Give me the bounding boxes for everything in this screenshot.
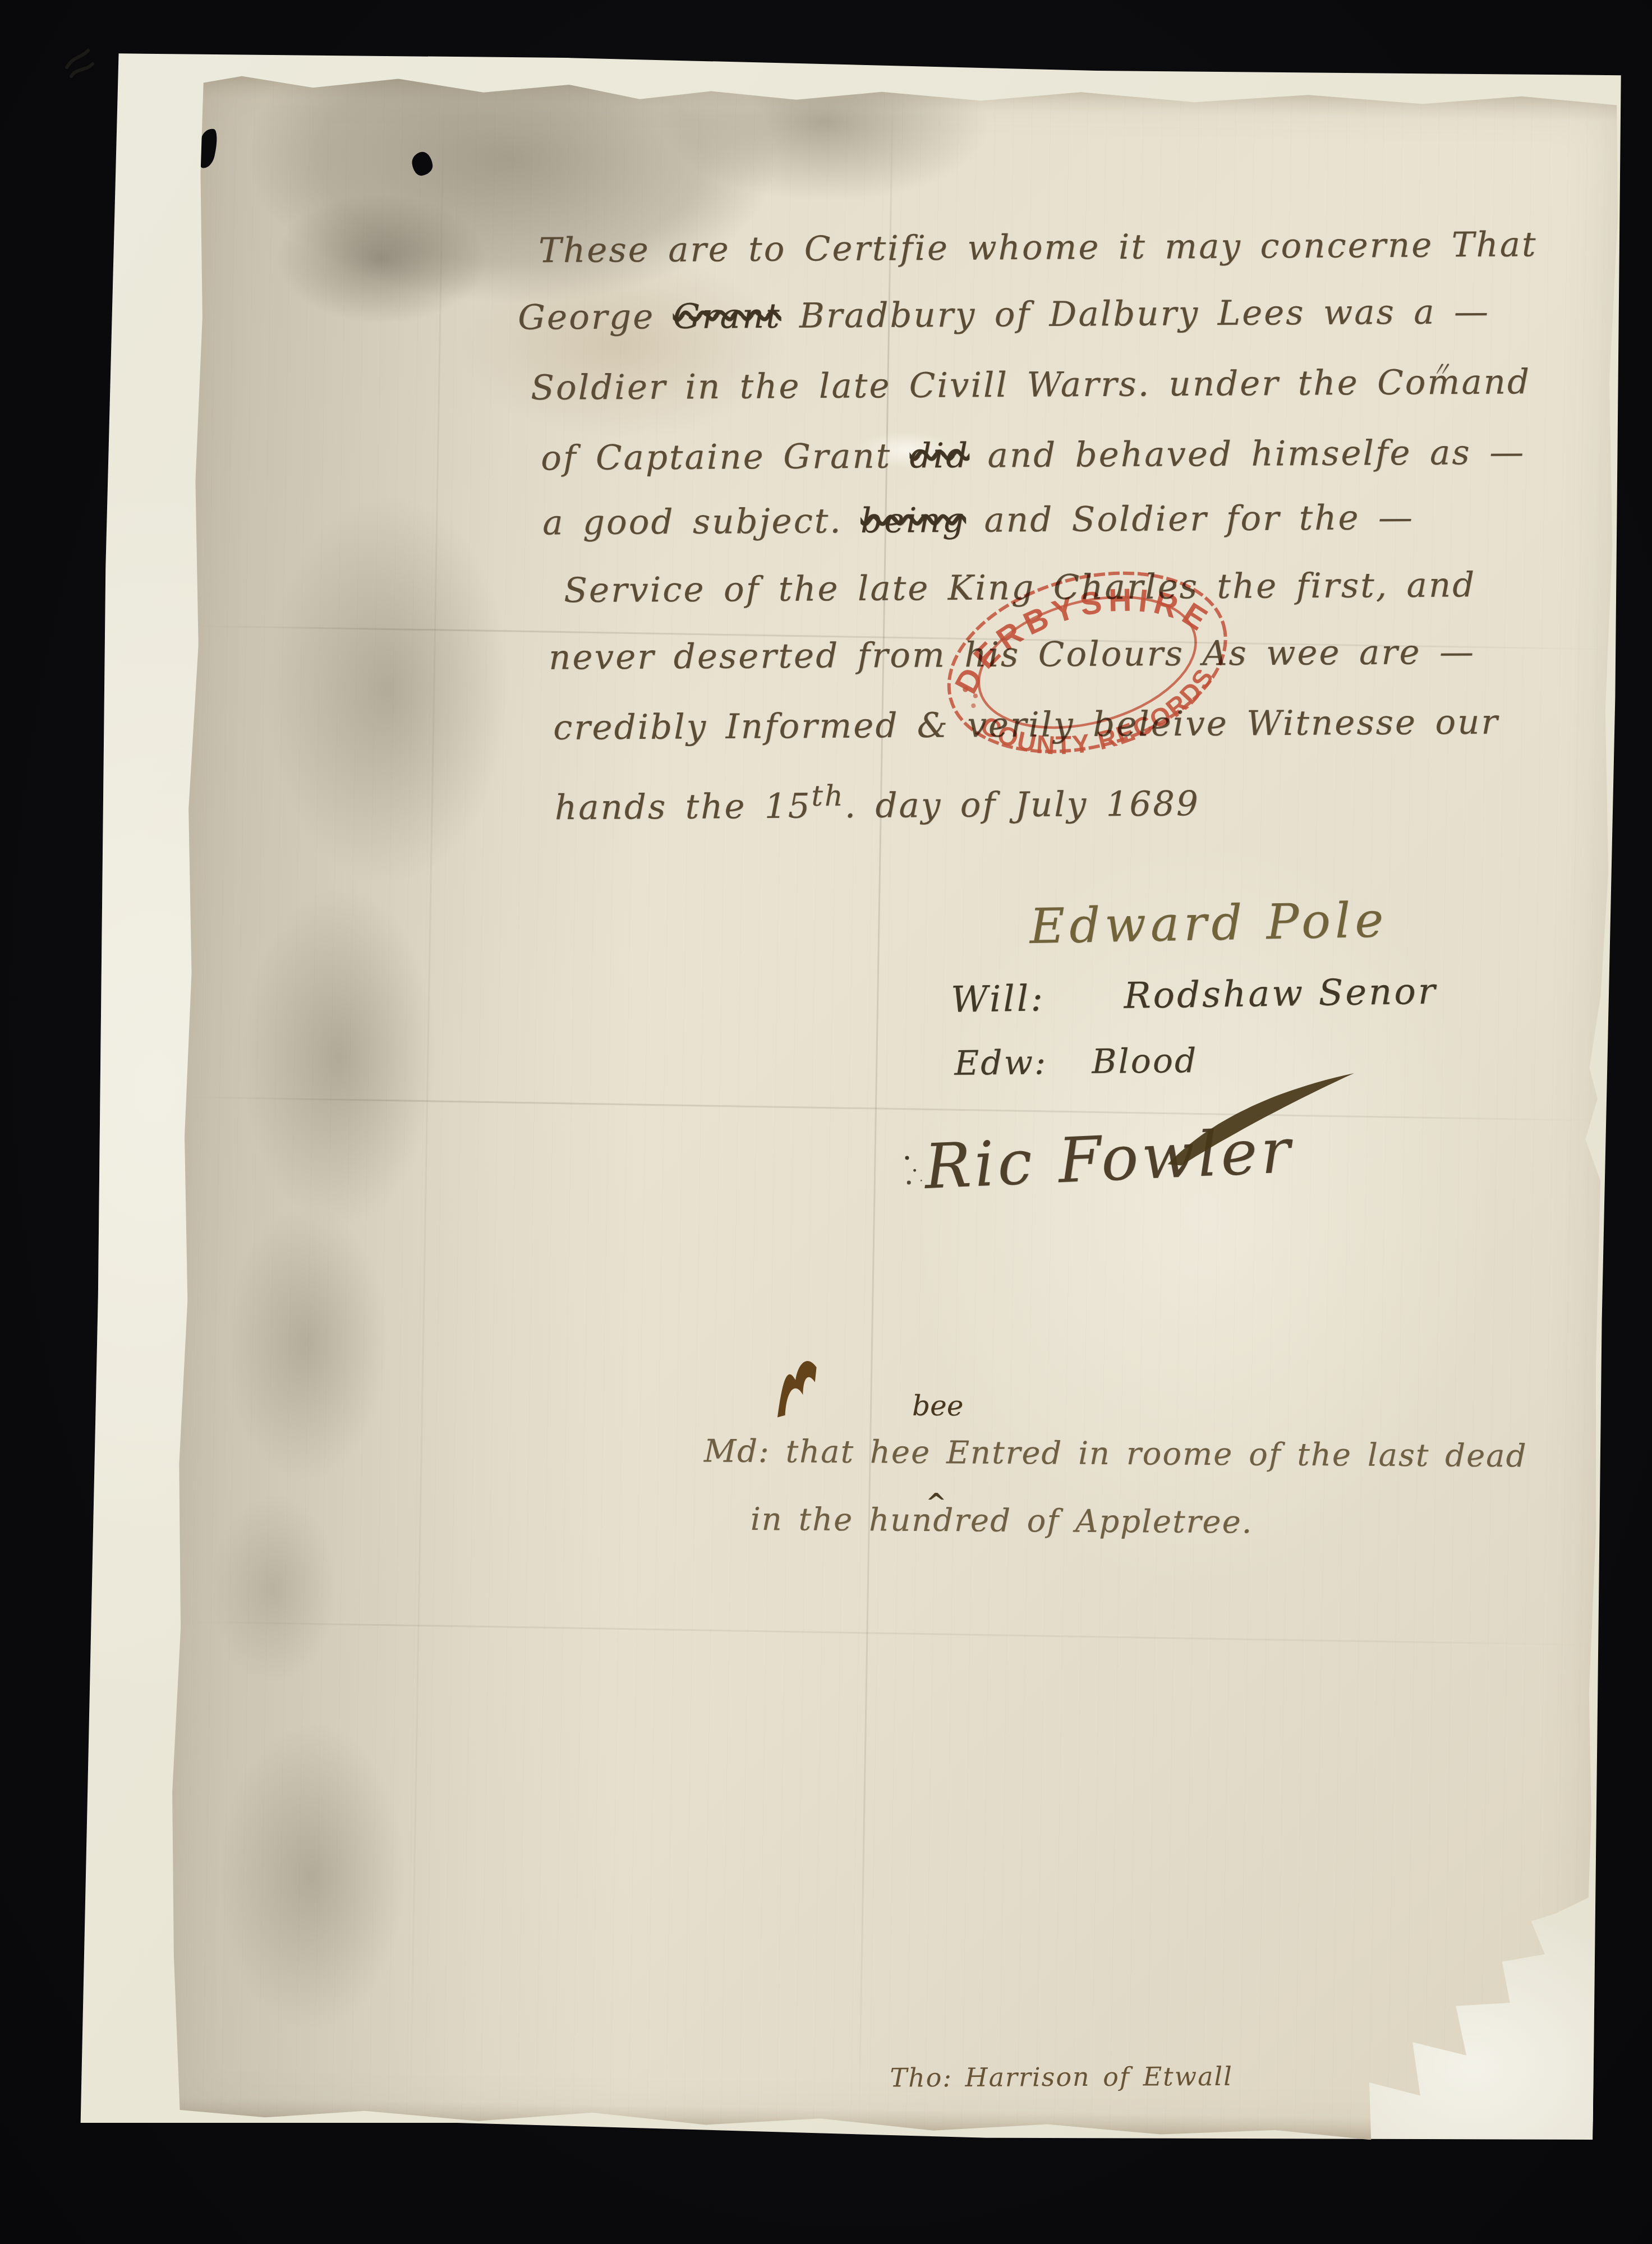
witness-2-label: Edw: [954,1043,1047,1083]
certificate-line-1: These are to Certifie whome it may conce… [539,224,1538,270]
certificate-line-3: Soldier in the late Civill Warrs. under … [531,362,1531,408]
superscript-th: th [811,779,845,812]
struck-out-word: being [860,500,966,541]
docket-note: Tho: Harrison of Etwall [890,2061,1233,2093]
ink-specks [905,1156,909,1160]
line-text: and behaved himselfe as — [969,433,1525,476]
witness-2-name: Blood [1092,1041,1198,1082]
struck-out-word: did [909,436,969,476]
line-text: These are to Certifie whome it may conce… [539,224,1538,270]
struck-out-word: Grant [673,296,781,337]
line-text: Soldier in the late Civill Warrs. under … [531,362,1462,408]
line-text: and [1461,362,1531,402]
certificate-line-5: a good subject. being and Soldier for th… [542,498,1414,542]
corner-ink-mark [59,44,104,89]
line-text: Bradbury of Dalbury Lees was a — [781,292,1490,336]
line-text: hands the 15 [555,786,812,827]
line-text: George [518,297,673,338]
archive-photo-stage: These are to Certifie whome it may conce… [0,0,1652,2244]
certificate-line-4: of Captaine Grant did and behaved himsel… [541,433,1525,479]
ink-blot [762,1342,844,1424]
memo-line-2: in the hundred of Appletree. [751,1501,1253,1541]
line-text: of Captaine Grant [541,436,910,478]
certificate-line-2: George Grant Bradbury of Dalbury Lees wa… [518,292,1490,338]
memo-line-1: Md: that hee Entred in roome of the last… [704,1433,1527,1474]
line-text: a good subject. [542,501,860,542]
witness-1-label: Will: [951,978,1046,1020]
manuscript-page: These are to Certifie whome it may conce… [165,71,1621,2144]
witness-1-name: Rodshaw Senor [1124,971,1438,1017]
memo-inserted-word: bee [912,1390,964,1423]
signature-edward-pole: Edward Pole [1029,892,1388,955]
handwriting-layer: These are to Certifie whome it may conce… [165,71,1621,2144]
certificate-line-9: hands the 15th. day of July 1689 [555,777,1200,827]
